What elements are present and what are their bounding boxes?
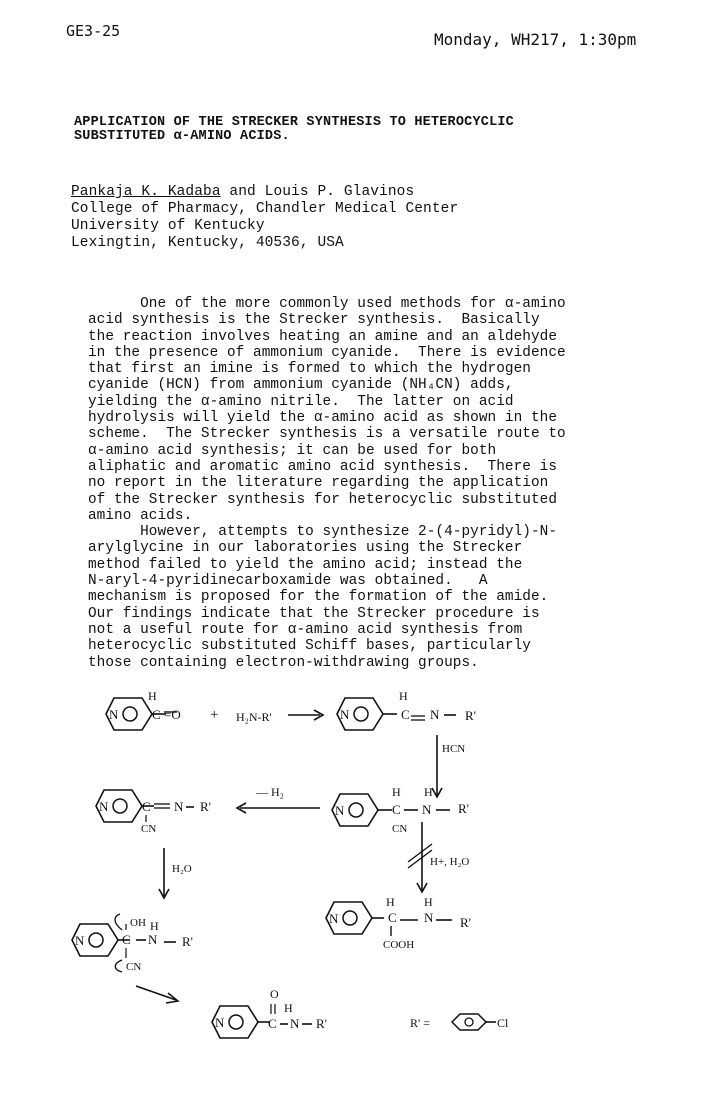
scheme-label: N (335, 803, 345, 818)
scheme-label: — H₂ (255, 785, 284, 799)
scheme-label: R' = (410, 1016, 430, 1030)
reaction-scheme: NHC=O+H₂N-R'NHCNR'HCNNHCCNNHR'— H₂NCNR'C… (0, 680, 704, 1080)
scheme-label: N (290, 1016, 300, 1031)
paper-title: APPLICATION OF THE STRECKER SYNTHESIS TO… (74, 116, 514, 144)
scheme-label: H (150, 919, 159, 933)
scheme-label: R' (460, 915, 471, 930)
scheme-label: H₂N-R' (236, 710, 272, 724)
abstract-code: GE3-25 (66, 22, 120, 40)
scheme-label: C (401, 707, 410, 722)
abstract-line: heterocyclic substituted Schiff bases, p… (88, 638, 648, 654)
scheme-label: C (388, 910, 397, 925)
abstract-line: arylglycine in our laboratories using th… (88, 540, 648, 556)
abstract-line: N-aryl-4-pyridinecarboxamide was obtaine… (88, 573, 648, 589)
affiliation-line: University of Kentucky (71, 218, 265, 234)
scheme-label: H (399, 689, 408, 703)
scheme-label: H (284, 1001, 293, 1015)
abstract-line: in the presence of ammonium cyanide. The… (88, 345, 648, 361)
scheme-label: O (270, 987, 279, 1001)
abstract-line: no report in the literature regarding th… (88, 475, 648, 491)
author-block: Pankaja K. Kadaba and Louis P. Glavinos … (71, 184, 458, 252)
scheme-label: N (174, 799, 184, 814)
abstract-line: not a useful route for α-amino acid synt… (88, 622, 648, 638)
scheme-label: N (340, 707, 350, 722)
scheme-label: H (148, 689, 157, 703)
scheme-label: N (430, 707, 440, 722)
benzene-ring-icon (452, 1014, 486, 1030)
scheme-label: N (215, 1015, 225, 1030)
abstract-line: mechanism is proposed for the formation … (88, 589, 648, 605)
scheme-label: N (109, 707, 119, 722)
scheme-label: R' (465, 708, 476, 723)
title-line-1: APPLICATION OF THE STRECKER SYNTHESIS TO… (74, 115, 514, 130)
abstract-line: yielding the α-amino nitrile. The latter… (88, 394, 648, 410)
abstract-line: One of the more commonly used methods fo… (88, 296, 648, 312)
abstract-line: acid synthesis is the Strecker synthesis… (88, 312, 648, 328)
scheme-label: N (329, 911, 339, 926)
affiliation-line: College of Pharmacy, Chandler Medical Ce… (71, 201, 458, 217)
abstract-line: cyanide (HCN) from ammonium cyanide (NH₄… (88, 377, 648, 393)
scheme-label: H (424, 785, 433, 799)
scheme-label: N (75, 933, 85, 948)
scheme-label: R' (458, 801, 469, 816)
scheme-label: N (148, 932, 158, 947)
scheme-label: R' (182, 934, 193, 949)
scheme-label: H (386, 895, 395, 909)
abstract-line: aliphatic and aromatic amino acid synthe… (88, 459, 648, 475)
scheme-label: N (99, 799, 109, 814)
scheme-label: H (392, 785, 401, 799)
scheme-label: N (422, 802, 432, 817)
title-line-2: SUBSTITUTED α-AMINO ACIDS. (74, 129, 290, 144)
abstract-line: amino acids. (88, 508, 648, 524)
scheme-label: H (424, 895, 433, 909)
scheme-label: =O (164, 707, 181, 722)
scheme-label: Cl (497, 1016, 509, 1030)
scheme-label: C (142, 799, 151, 814)
abstract-line: Our findings indicate that the Strecker … (88, 606, 648, 622)
scheme-label: OH (130, 917, 146, 929)
scheme-label: CN (126, 961, 141, 973)
scheme-label: N (424, 910, 434, 925)
abstract-line: α-amino acid synthesis; it can be used f… (88, 443, 648, 459)
scheme-label: COOH (383, 939, 414, 951)
scheme-label: HCN (442, 743, 465, 755)
abstract-line: method failed to yield the amino acid; i… (88, 557, 648, 573)
abstract-line: hydrolysis will yield the α-amino acid a… (88, 410, 648, 426)
scheme-label: C (392, 802, 401, 817)
author-conjunction: and (221, 184, 265, 200)
abstract-line: of the Strecker synthesis for heterocycl… (88, 492, 648, 508)
coauthor: Louis P. Glavinos (265, 184, 415, 200)
scheme-label: CN (141, 823, 156, 835)
scheme-label: C (268, 1016, 277, 1031)
affiliation-line: Lexingtin, Kentucky, 40536, USA (71, 235, 344, 251)
abstract-body: One of the more commonly used methods fo… (88, 296, 648, 671)
session-info: Monday, WH217, 1:30pm (434, 30, 636, 49)
scheme-label: + (210, 707, 218, 723)
scheme-label: R' (200, 799, 211, 814)
scheme-label: C (122, 932, 131, 947)
scheme-label: H₂O (172, 863, 192, 875)
abstract-line: that first an imine is formed to which t… (88, 361, 648, 377)
abstract-line: scheme. The Strecker synthesis is a vers… (88, 426, 648, 442)
scheme-label: C (152, 707, 161, 722)
scheme-label: CN (392, 823, 407, 835)
abstract-line: However, attempts to synthesize 2-(4-pyr… (88, 524, 648, 540)
abstract-line: those containing electron-withdrawing gr… (88, 655, 648, 671)
scheme-label: H+, H₂O (430, 856, 469, 868)
scheme-label: R' (316, 1016, 327, 1031)
abstract-line: the reaction involves heating an amine a… (88, 329, 648, 345)
presenting-author: Pankaja K. Kadaba (71, 184, 221, 200)
